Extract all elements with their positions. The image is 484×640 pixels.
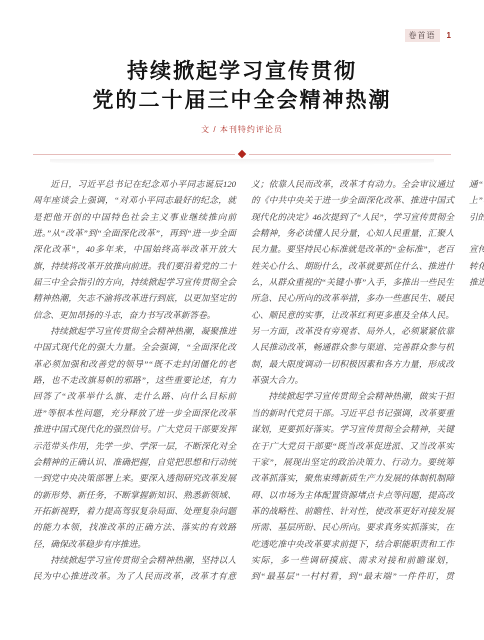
page-number: 1 bbox=[447, 30, 451, 41]
paragraph-5: 新起点，新部署，新出发。我们要持续掀起学习宣传贯彻党的二十届三中全会精神热潮，将… bbox=[469, 225, 484, 290]
paragraph-1: 近日，习近平总书记在纪念邓小平同志诞辰120周年座谈会上强调，“对邓小平同志最好… bbox=[33, 176, 236, 323]
page-header: 卷首语 1 bbox=[405, 29, 451, 42]
diamond-ornament-icon bbox=[238, 150, 246, 158]
paragraph-5-text: 新起点，新部署，新出发。我们要持续掀起学习宣传贯彻党的二十届三中全会精神热潮，将… bbox=[469, 228, 484, 287]
title-divider bbox=[33, 150, 451, 158]
column-tag: 卷首语 bbox=[405, 29, 440, 42]
divider-shadow bbox=[50, 159, 434, 165]
article-title-line1: 持续掀起学习宣传贯彻 bbox=[127, 60, 357, 83]
article-title: 持续掀起学习宣传贯彻 党的二十届三中全会精神热潮 bbox=[30, 57, 454, 115]
divider-line-left bbox=[33, 154, 235, 155]
paragraph-2: 持续掀起学习宣传贯彻全会精神热潮，凝聚推进中国式现代化的强大力量。全会强调，“全… bbox=[33, 323, 236, 552]
magazine-page: 卷首语 1 持续掀起学习宣传贯彻 党的二十届三中全会精神热潮 文 / 本刊特约评… bbox=[0, 0, 484, 640]
article-byline: 文 / 本刊特约评论员 bbox=[0, 124, 484, 135]
article-title-line2: 党的二十届三中全会精神热潮 bbox=[93, 89, 392, 112]
divider-line-right bbox=[249, 154, 451, 155]
article-body: 近日，习近平总书记在纪念邓小平同志诞辰120周年座谈会上强调，“对邓小平同志最好… bbox=[33, 176, 454, 596]
